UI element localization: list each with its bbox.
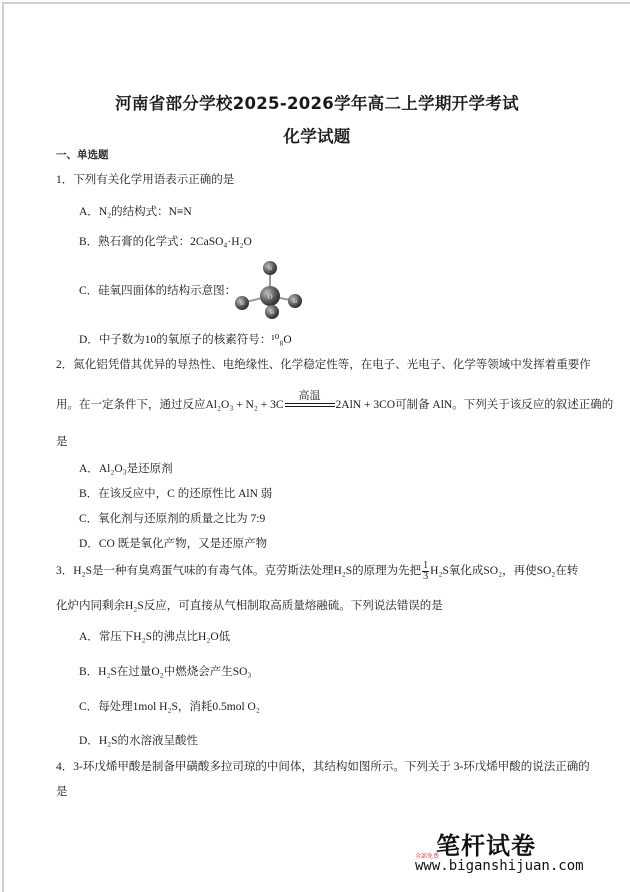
question-text: 可制备 AlN。下列关于该反应的叙述正确的: [395, 399, 613, 411]
question-2-option-c: C．氧化剂与还原剂的质量之比为 7:9: [79, 510, 265, 526]
question-1-option-b: B．熟石膏的化学式：2CaSO₄·H₂O: [79, 233, 252, 249]
option-text: 在该反应中，C 的还原性比 AlN 弱: [98, 488, 272, 500]
option-label: D．: [79, 538, 99, 550]
option-label: A．: [79, 463, 99, 475]
question-text: 用。在一定条件下，通过反应: [56, 399, 206, 411]
option-label: C．: [79, 513, 98, 525]
exam-page: 河南省部分学校2025-2026学年高二上学期开学考试 化学试题 一、单选题 1…: [2, 2, 630, 892]
fraction-denominator: 3: [422, 572, 429, 582]
option-text: H₂S的水溶液呈酸性: [99, 735, 198, 747]
svg-text:Si: Si: [240, 302, 245, 307]
reaction-arrow: 高温: [285, 403, 335, 407]
question-2-stem-line-3: 是: [56, 433, 68, 449]
reaction-condition: 高温: [285, 387, 335, 403]
question-2-option-d: D．CO 既是氧化产物，又是还原产物: [79, 535, 267, 551]
section-heading: 一、单选题: [56, 147, 109, 162]
option-text: 硅氧四面体的结构示意图：: [98, 285, 236, 297]
question-1-option-d: D．中子数为10的氧原子的核素符号：¹⁰₈O: [79, 331, 292, 347]
page-subtitle: 化学试题: [4, 123, 630, 147]
option-label: B．: [79, 236, 98, 248]
question-text: 氮化铝凭借其优异的导热性、电绝缘性、化学稳定性等，在电子、光电子、化学等领域中发…: [73, 359, 591, 371]
fraction: 13: [422, 561, 429, 582]
question-number: 3．: [56, 565, 73, 577]
question-2-stem-line-1: 2．氮化铝凭借其优异的导热性、电绝缘性、化学稳定性等，在电子、光电子、化学等领域…: [56, 356, 591, 372]
svg-text:O: O: [267, 293, 272, 301]
option-text: 常压下H₂S的沸点比H₂O低: [99, 631, 230, 643]
option-label: C．: [79, 285, 98, 297]
svg-text:Si: Si: [270, 311, 275, 316]
option-label: D．: [79, 334, 99, 346]
silicon-oxygen-tetrahedron-diagram: Si Si Si O Si: [232, 258, 308, 320]
question-2-stem-line-2: 用。在一定条件下，通过反应Al₂O₃ + N₂ + 3C高温2AlN + 3CO…: [56, 396, 613, 412]
option-label: A．: [79, 631, 99, 643]
question-4-stem-line-1: 4．3-环戊烯甲酸是制备甲磺酸多拉司琼的中间体，其结构如图所示。下列关于 3-环…: [56, 758, 590, 774]
option-text: 氧化剂与还原剂的质量之比为 7:9: [98, 513, 265, 525]
question-2-option-a: A．Al₂O₃是还原剂: [79, 460, 173, 476]
option-text: CO 既是氧化产物，又是还原产物: [99, 538, 267, 550]
option-text: 每处理1mol H₂S，消耗0.5mol O₂: [98, 701, 260, 713]
page-title: 河南省部分学校2025-2026学年高二上学期开学考试: [4, 90, 630, 114]
question-1-stem: 1．下列有关化学用语表示正确的是: [56, 171, 234, 187]
question-3-option-d: D．H₂S的水溶液呈酸性: [79, 732, 198, 748]
option-text: 中子数为10的氧原子的核素符号：¹⁰₈O: [99, 334, 292, 346]
option-label: D．: [79, 735, 99, 747]
option-label: B．: [79, 488, 98, 500]
question-3-stem-line-1: 3．H₂S是一种有臭鸡蛋气味的有毒气体。克劳斯法处理H₂S的原理为先把13H₂S…: [56, 561, 578, 582]
reaction-products: 2AlN + 3CO: [336, 399, 396, 411]
question-4-stem-line-2: 是: [56, 783, 68, 799]
watermark-title: 笔杆试卷: [436, 826, 536, 861]
question-3-stem-line-2: 化炉内同剩余H₂S反应，可直接从气相制取高质量熔融硫。下列说法错误的是: [56, 597, 443, 613]
option-text: Al₂O₃是还原剂: [99, 463, 173, 475]
option-text: H₂S在过量O₂中燃烧会产生SO₃: [98, 666, 251, 678]
question-number: 4．: [56, 761, 73, 773]
question-number: 1．: [56, 174, 73, 186]
question-3-option-a: A．常压下H₂S的沸点比H₂O低: [79, 628, 230, 644]
option-text: 熟石膏的化学式：2CaSO₄·H₂O: [98, 236, 252, 248]
option-text: N₂的结构式：N≡N: [99, 206, 192, 218]
reaction-reactants: Al₂O₃ + N₂ + 3C: [206, 399, 284, 411]
question-text: H₂S是一种有臭鸡蛋气味的有毒气体。克劳斯法处理H₂S的原理为先把: [73, 565, 421, 577]
watermark-url[interactable]: www.biganshijuan.com: [415, 858, 584, 874]
question-text: 下列有关化学用语表示正确的是: [73, 174, 234, 186]
option-label: A．: [79, 206, 99, 218]
svg-text:Si: Si: [293, 300, 298, 305]
question-text: H₂S氧化成SO₂，再使SO₂在转: [430, 565, 578, 577]
question-number: 2．: [56, 359, 73, 371]
question-3-option-b: B．H₂S在过量O₂中燃烧会产生SO₃: [79, 663, 251, 679]
question-2-option-b: B．在该反应中，C 的还原性比 AlN 弱: [79, 485, 272, 501]
question-text: 3-环戊烯甲酸是制备甲磺酸多拉司琼的中间体，其结构如图所示。下列关于 3-环戊烯…: [73, 761, 590, 773]
question-1-option-c: C．硅氧四面体的结构示意图：: [79, 282, 236, 298]
option-label: B．: [79, 666, 98, 678]
question-3-option-c: C．每处理1mol H₂S，消耗0.5mol O₂: [79, 698, 260, 714]
option-label: C．: [79, 701, 98, 713]
svg-text:Si: Si: [268, 267, 273, 272]
question-1-option-a: A．N₂的结构式：N≡N: [79, 203, 192, 219]
